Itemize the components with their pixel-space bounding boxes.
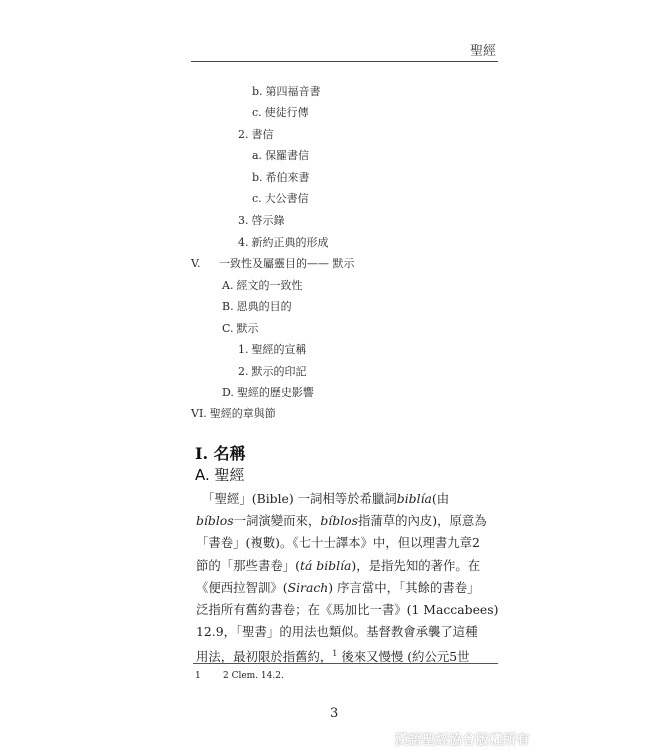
outline-text: 保羅書信 [265, 149, 309, 162]
greek-term: biblía [397, 491, 432, 506]
outline-number: b. [252, 171, 263, 184]
outline-item: b.第四福音書 [252, 83, 321, 99]
outline-text: 書信 [252, 128, 274, 141]
outline-item: b.希伯來書 [252, 169, 310, 185]
outline-text: 一致性及屬靈目的—— 默示 [219, 257, 355, 270]
footnote-ref: 1 [332, 649, 337, 658]
subsection-title: A. 聖經 [195, 464, 245, 485]
outline-item: B.恩典的目的 [222, 298, 292, 314]
body-line: 「聖經」(Bible) 一詞相等於希臘詞biblía(由 [196, 488, 498, 510]
outline-text: 聖經的宣稱 [252, 343, 307, 356]
outline-number: D. [222, 386, 234, 399]
outline-item: 3.啓示錄 [238, 212, 285, 228]
outline-number: 2. [238, 365, 249, 378]
body-line: 「書卷」(複數)。《七十士譯本》中，但以理書九章2 [196, 532, 498, 554]
outline-text: 新約正典的形成 [252, 236, 329, 249]
outline-number: V. [191, 257, 219, 270]
outline-text: 聖經的歷史影響 [237, 386, 314, 399]
footnote-divider [193, 663, 498, 664]
outline-text: 恩典的目的 [237, 300, 292, 313]
footnote-text: 2 Clem. 14.2. [223, 671, 284, 681]
outline-number: c. [252, 106, 262, 119]
outline-text: 聖經的章與節 [210, 407, 276, 420]
greek-term: tá biblía [300, 558, 351, 573]
page-header: 聖經 [191, 38, 498, 62]
outline-text: 啓示錄 [252, 214, 285, 227]
outline-number: 1. [238, 343, 249, 356]
outline-text: 使徒行傳 [265, 106, 309, 119]
outline-item: 1.聖經的宣稱 [238, 341, 307, 357]
outline-number: C. [222, 322, 234, 335]
outline-text: 經文的一致性 [236, 279, 302, 292]
outline-item: c.使徒行傳 [252, 104, 309, 120]
greek-term: bíblos [196, 513, 234, 528]
outline-item: C.默示 [222, 320, 259, 336]
outline-item: 2.默示的印記 [238, 363, 307, 379]
body-paragraph: 「聖經」(Bible) 一詞相等於希臘詞biblía(由bíblos一詞演變而來… [196, 488, 498, 669]
page-number: 3 [330, 706, 338, 721]
section-title: I. 名稱 [195, 441, 246, 464]
outline-number: 2. [238, 128, 249, 141]
outline-number: a. [252, 149, 262, 162]
outline-item: a.保羅書信 [252, 147, 309, 163]
body-line: 泛指所有舊約書卷；在《馬加比一書》(1 Maccabees) [196, 599, 498, 621]
outline-item: A.經文的一致性 [222, 277, 302, 293]
outline-item: 4.新約正典的形成 [238, 234, 329, 250]
outline-item: VI.聖經的章與節 [191, 405, 276, 421]
outline-item: V.一致性及屬靈目的—— 默示 [191, 255, 355, 271]
outline-text: 大公書信 [265, 192, 309, 205]
copyright-watermark: 漢語聖經協會版權所有 [395, 729, 530, 748]
body-line: 《便西拉智訓》(Sirach) 序言當中，「其餘的書卷」 [196, 577, 498, 599]
greek-term: bíblos [320, 513, 358, 528]
body-line: 節的「那些書卷」(tá biblía)，是指先知的著作。在 [196, 555, 498, 577]
outline-text: 默示 [237, 322, 259, 335]
footnote: 12 Clem. 14.2. [195, 671, 284, 681]
outline-number: VI. [191, 407, 207, 420]
greek-term: Sirach [288, 580, 329, 595]
outline-item: 2.書信 [238, 126, 274, 142]
body-line: 用法，最初限於指舊約，1 後來又慢慢 (約公元5世 [196, 643, 498, 668]
outline-number: c. [252, 192, 262, 205]
outline-text: 默示的印記 [252, 365, 307, 378]
outline-number: b. [252, 85, 263, 98]
outline-text: 希伯來書 [266, 171, 310, 184]
outline-number: B. [222, 300, 234, 313]
outline-number: A. [222, 279, 233, 292]
footnote-number: 1 [195, 671, 223, 681]
outline-item: c.大公書信 [252, 190, 309, 206]
body-line: bíblos一詞演變而來，bíblos指蒲草的內皮)，原意為 [196, 510, 498, 532]
body-line: 12.9，「聖書」的用法也類似。基督教會承襲了這種 [196, 621, 498, 643]
outline-item: D.聖經的歷史影響 [222, 384, 314, 400]
outline-text: 第四福音書 [266, 85, 321, 98]
outline-number: 3. [238, 214, 249, 227]
outline-number: 4. [238, 236, 249, 249]
running-title: 聖經 [470, 40, 496, 59]
